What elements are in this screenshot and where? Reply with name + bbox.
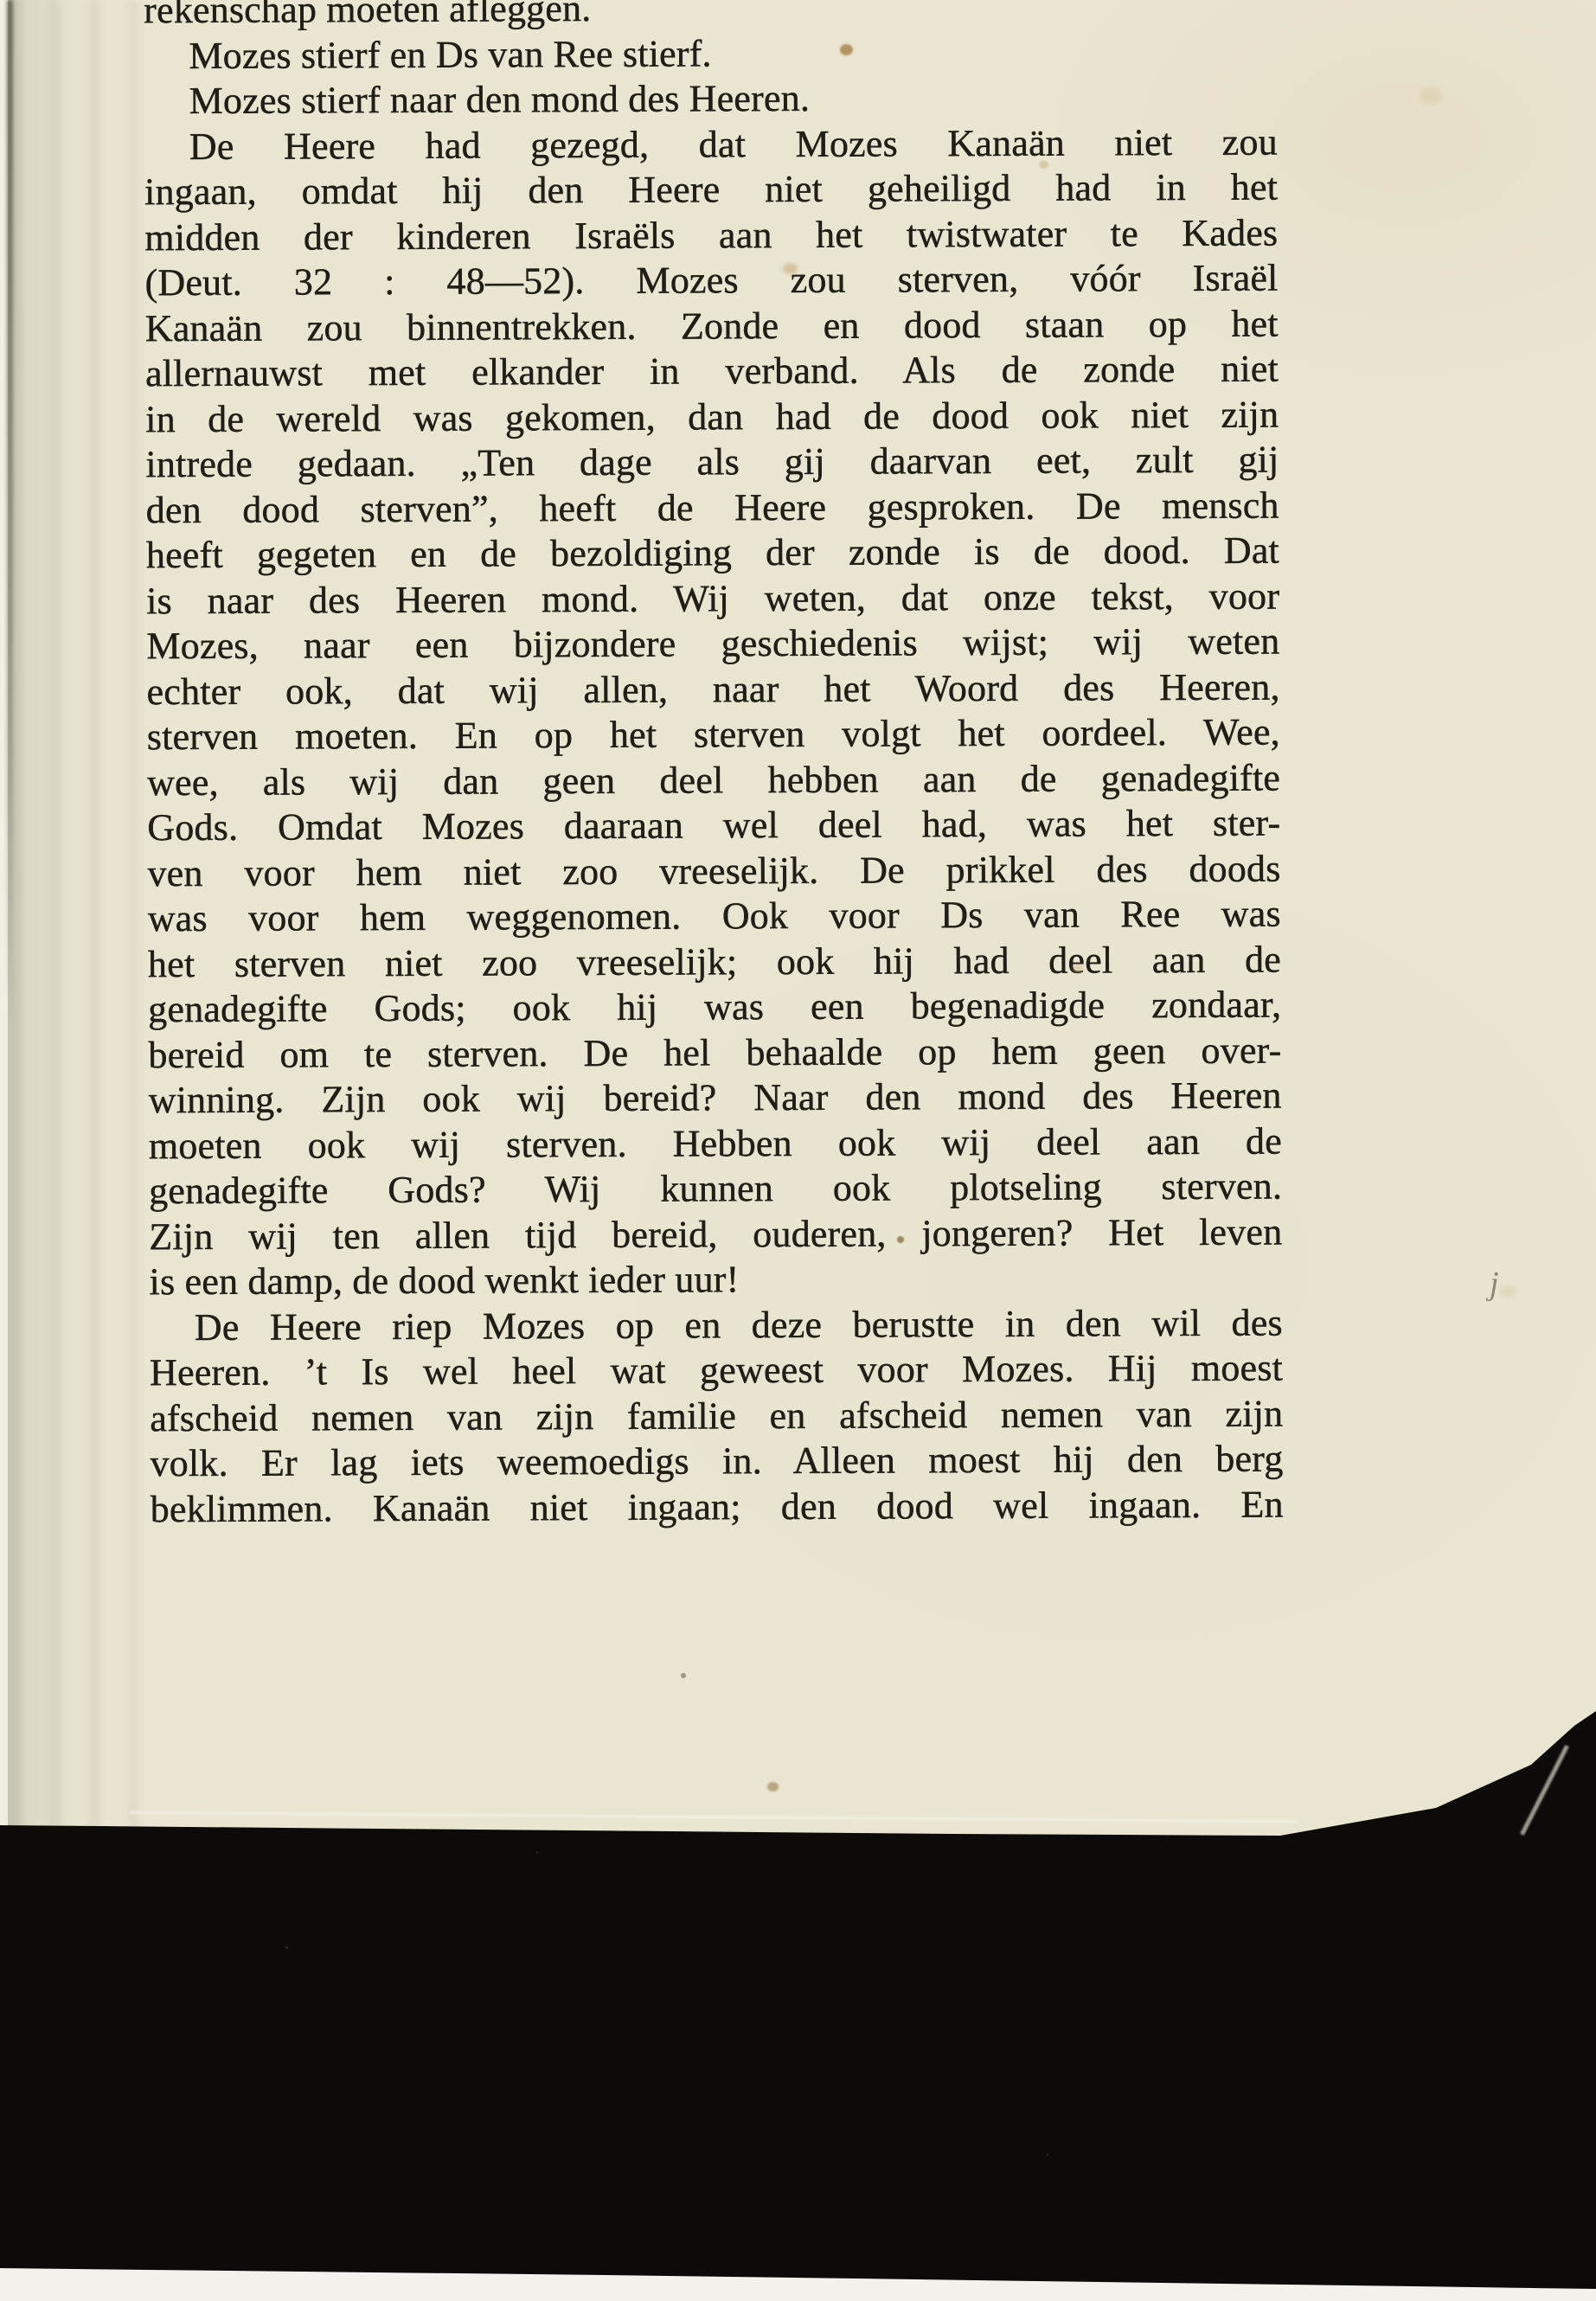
foxing-spot	[1073, 965, 1083, 973]
text-line: Heeren. ’t Is wel heel wat geweest voor …	[150, 1346, 1283, 1396]
text-line: wee, als wij dan geen deel hebben aan de…	[147, 755, 1280, 805]
text-line: het sterven niet zoo vreeselijk; ook hij…	[148, 937, 1281, 987]
text-line: was voor hem weggenomen. Ook voor Ds van…	[148, 892, 1281, 942]
text-line: echter ook, dat wij allen, naar het Woor…	[147, 664, 1280, 715]
text-line: Kanaän zou binnentrekken. Zonde en dood …	[145, 301, 1279, 351]
text-line: afscheid nemen van zijn familie en afsch…	[150, 1391, 1283, 1441]
text-line: is een damp, de dood wenkt ieder uur!	[149, 1255, 1282, 1305]
foxing-spot	[897, 1236, 904, 1243]
foxing-spot	[1499, 1285, 1516, 1298]
text-line: sterven moeten. En op het sterven volgt …	[147, 710, 1280, 760]
dust-speck	[536, 1851, 538, 1854]
text-line: genadegifte Gods; ook hij was een begena…	[148, 983, 1281, 1033]
text-line: den dood sterven”, heeft de Heere gespro…	[146, 483, 1279, 533]
text-line: moeten ook wij sterven. Hebben ook wij d…	[149, 1118, 1282, 1169]
text-line: beklimmen. Kanaän niet ingaan; den dood …	[151, 1482, 1284, 1532]
foxing-spot	[1039, 161, 1048, 169]
dust-speck	[285, 1946, 288, 1949]
text-line: bereid om te sterven. De hel behaalde op…	[148, 1028, 1281, 1078]
text-line: Mozes stierf en Ds van Ree stierf.	[144, 29, 1277, 79]
text-line: heeft gegeten en de bezoldiging der zond…	[146, 529, 1279, 579]
text-line: Gods. Omdat Mozes daaraan wel deel had, …	[147, 801, 1280, 851]
text-line: volk. Er lag iets weemoedigs in. Alleen …	[150, 1437, 1283, 1487]
text-line: De Heere riep Mozes op en deze berustte …	[150, 1300, 1283, 1350]
foxing-spot	[767, 1782, 779, 1791]
page-scan: rekenschap moeten afleggen.Mozes stierf …	[0, 0, 1596, 2301]
text-line: midden der kinderen Israëls aan het twis…	[144, 210, 1278, 260]
text-line: genadegifte Gods? Wij kunnen ook plotsel…	[149, 1164, 1282, 1215]
text-line: in de wereld was gekomen, dan had de doo…	[145, 392, 1279, 442]
foxing-spot	[681, 1673, 686, 1678]
text-line: Mozes, naar een bijzondere geschiedenis …	[146, 619, 1279, 670]
text-line: intrede gedaan. „Ten dage als gij daarva…	[145, 438, 1279, 488]
text-line: Mozes stierf naar den mond des Heeren.	[144, 74, 1278, 125]
text-line: allernauwst met elkander in verband. Als…	[145, 347, 1279, 397]
text-line: De Heere had gezegd, dat Mozes Kanaän ni…	[144, 119, 1278, 170]
text-line: winning. Zijn ook wij bereid? Naar den m…	[149, 1074, 1282, 1124]
text-block: rekenschap moeten afleggen.Mozes stierf …	[144, 0, 1284, 1532]
text-line: ven voor hem niet zoo vreeselijk. De pri…	[147, 846, 1280, 896]
foxing-spot	[783, 263, 798, 274]
text-line: ingaan, omdat hij den Heere niet geheili…	[144, 165, 1278, 215]
text-line: (Deut. 32 : 48—52). Mozes zou sterven, v…	[144, 256, 1278, 306]
text-line: Zijn wij ten allen tijd bereid, ouderen,…	[149, 1209, 1282, 1259]
ink-bleed-mark: j	[1490, 1265, 1499, 1303]
dust-speck	[1047, 2154, 1048, 2156]
text-line: is naar des Heeren mond. Wij weten, dat …	[146, 574, 1279, 624]
foxing-spot	[1419, 87, 1443, 105]
foxing-spot	[840, 44, 853, 55]
